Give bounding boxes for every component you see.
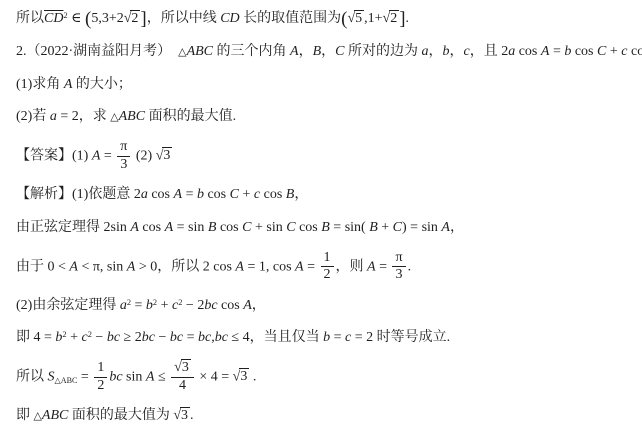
math-variable: S xyxy=(48,369,55,384)
fraction: √34 xyxy=(171,361,194,393)
conclusion-line: 即 △ABC 面积的最大值为 √3. xyxy=(16,406,638,426)
math-text: = xyxy=(100,148,115,163)
text-run: 面积的最大值. xyxy=(145,109,236,124)
math-function: cos xyxy=(148,187,174,202)
area-formula-line: 所以 S△ABC = 12bc sin A ≤ √34 × 4 = √3 . xyxy=(16,361,638,393)
radicand: 3 xyxy=(162,147,172,163)
text-run: 长的取值范围为 xyxy=(240,11,342,26)
radical: √3 xyxy=(174,359,191,375)
math-variable: B xyxy=(321,220,330,235)
text-run: ，且 xyxy=(470,44,502,59)
math-text: . xyxy=(406,11,410,26)
text-run: ， xyxy=(321,44,335,59)
radicand: 5 xyxy=(354,10,364,26)
math-variable: bc xyxy=(142,330,155,345)
math-text: + xyxy=(606,44,621,59)
math-variable: C xyxy=(286,220,295,235)
radicand: 3 xyxy=(239,368,249,384)
math-text: < π, sin xyxy=(78,259,127,274)
math-variable: bc xyxy=(107,330,120,345)
math-text: 4 xyxy=(179,378,186,393)
denominator: 4 xyxy=(171,378,194,394)
text-run: 【解析】 xyxy=(16,187,72,202)
text-run: ，所以中线 xyxy=(147,11,221,26)
math-variable: A xyxy=(235,259,244,274)
triangle-symbol: △ xyxy=(178,46,186,58)
math-text: = xyxy=(304,259,319,274)
text-run: 由于 xyxy=(16,259,48,274)
math-text: 2 xyxy=(324,267,331,282)
text-run: 由正弦定理得 xyxy=(16,220,104,235)
text-run: (1)求角 xyxy=(16,77,64,92)
document-page: 所以CD2 ∈ (5,3+2√2]，所以中线 CD 长的取值范围为(√5,1+√… xyxy=(0,0,642,442)
math-text: ≥ 2 xyxy=(120,330,142,345)
math-function: sin xyxy=(111,220,131,235)
math-text: ) = sin xyxy=(402,220,441,235)
math-text: 2 xyxy=(104,220,111,235)
math-function: cos xyxy=(204,187,230,202)
numerator: √3 xyxy=(171,361,194,378)
denominator: 2 xyxy=(94,378,107,394)
text-run: ， xyxy=(252,298,266,313)
question-part-1-line: (1)求角 A 的大小； xyxy=(16,75,638,95)
triangle-symbol: △ xyxy=(110,111,118,123)
math-variable: bc xyxy=(109,369,122,384)
math-text: = xyxy=(182,187,197,202)
text-run: 所对的边为 xyxy=(344,44,421,59)
math-function: cos xyxy=(260,187,286,202)
math-variable: ABC xyxy=(187,44,213,59)
denominator: 3 xyxy=(392,267,405,283)
math-variable: A xyxy=(367,259,376,274)
math-text: (2) xyxy=(132,148,155,163)
analysis-part-1-line: 【解析】(1)依题意 2a cos A = b cos C + c cos B， xyxy=(16,185,638,205)
math-text: 1 xyxy=(324,250,331,265)
vector-overline: CD xyxy=(44,11,63,26)
math-variable: B xyxy=(369,220,378,235)
math-variable: A xyxy=(165,220,174,235)
math-text: 5,3+2 xyxy=(91,11,123,26)
fraction: π3 xyxy=(392,251,405,283)
radical: √3 xyxy=(156,147,173,163)
math-function: cos xyxy=(627,44,642,59)
answer-line: 【答案】(1) A = π3 (2) √3 xyxy=(16,140,638,172)
radicand: 3 xyxy=(180,407,190,423)
math-variable: A xyxy=(243,298,252,313)
math-text: (1) xyxy=(72,148,92,163)
math-variable: b xyxy=(146,298,153,313)
numerator: 1 xyxy=(94,361,107,378)
math-variable: C xyxy=(393,220,402,235)
math-variable: B xyxy=(313,44,322,59)
text-run: (2)若 xyxy=(16,109,50,124)
radicand: 2 xyxy=(389,10,399,26)
text-run: 2.（2022·湖南益阳月考） xyxy=(16,44,178,59)
radical: √2 xyxy=(124,10,141,26)
math-variable: ABC xyxy=(42,408,68,423)
math-text: . xyxy=(190,408,194,423)
problem-2-statement-line: 2.（2022·湖南益阳月考） △ABC 的三个内角 A，B，C 所对的边为 a… xyxy=(16,42,638,62)
math-function: cos xyxy=(139,220,165,235)
denominator: 3 xyxy=(117,157,130,173)
radicand: 3 xyxy=(181,359,191,375)
fraction: π3 xyxy=(117,140,130,172)
text-run: 【答案】 xyxy=(16,148,72,163)
math-variable: A xyxy=(441,220,450,235)
math-variable: b xyxy=(197,187,204,202)
math-text: (2) xyxy=(16,298,32,313)
math-variable: a xyxy=(141,187,148,202)
fraction: 12 xyxy=(321,251,334,283)
math-variable: a xyxy=(50,109,57,124)
math-text: = xyxy=(173,220,188,235)
math-variable: bc xyxy=(215,330,228,345)
math-text: − xyxy=(92,330,107,345)
math-function: sin xyxy=(123,369,146,384)
math-variable: bc xyxy=(170,330,183,345)
math-variable: A xyxy=(290,44,299,59)
median-range-conclusion-line: 所以CD2 ∈ (5,3+2√2]，所以中线 CD 长的取值范围为(√5,1+√… xyxy=(16,9,638,29)
math-text: = xyxy=(131,298,146,313)
numerator: 1 xyxy=(321,251,334,268)
math-text: (1) xyxy=(72,187,88,202)
math-text: = 1, cos xyxy=(244,259,295,274)
math-text: 3 xyxy=(120,157,127,172)
math-text: ≤ 4 xyxy=(228,330,250,345)
text-run: ， xyxy=(294,187,308,202)
angle-a-solution-line: 由于 0 < A < π, sin A > 0，所以 2 cos A = 1, … xyxy=(16,251,638,283)
math-variable: a xyxy=(120,298,127,313)
math-text: ,1+ xyxy=(364,11,382,26)
radical-sign: √ xyxy=(174,360,181,375)
text-run: ， xyxy=(299,44,313,59)
math-text: ≤ xyxy=(154,369,169,384)
text-run: 即 xyxy=(16,408,34,423)
text-run: 时等号成立. xyxy=(373,330,450,345)
math-variable: A xyxy=(130,220,139,235)
math-variable: ABC xyxy=(119,109,145,124)
question-part-2-line: (2)若 a = 2，求 △ABC 面积的最大值. xyxy=(16,107,638,127)
triangle-symbol: △ xyxy=(34,410,42,422)
math-text: ∈ xyxy=(68,11,85,26)
math-text: − 2 xyxy=(182,298,204,313)
math-text: + xyxy=(67,330,82,345)
text-run: 即 xyxy=(16,330,34,345)
math-text: 3 xyxy=(396,267,403,282)
math-text: > 0 xyxy=(135,259,157,274)
math-text: 2 xyxy=(97,378,104,393)
radicand: 2 xyxy=(130,10,140,26)
denominator: 2 xyxy=(321,267,334,283)
math-variable: A xyxy=(295,259,304,274)
math-text: π xyxy=(120,139,127,154)
fraction: 12 xyxy=(94,361,107,393)
text-run: ， xyxy=(450,220,464,235)
math-text: 2 xyxy=(134,187,141,202)
math-text: + xyxy=(251,220,266,235)
math-text: + xyxy=(239,187,254,202)
text-run: ，求 xyxy=(79,109,111,124)
text-run: ，所以 xyxy=(157,259,203,274)
math-variable: A xyxy=(69,259,78,274)
math-text: 0 < xyxy=(48,259,70,274)
sine-rule-derivation-line: 由正弦定理得 2sin A cos A = sin B cos C + sin … xyxy=(16,218,638,238)
math-text: . xyxy=(249,369,256,384)
math-text: 2 cos xyxy=(203,259,236,274)
text-run: ， xyxy=(428,44,442,59)
text-run: 的大小； xyxy=(72,77,132,92)
math-text: = xyxy=(183,330,198,345)
math-function: cos xyxy=(296,220,322,235)
text-run: 由余弦定理得 xyxy=(32,298,120,313)
text-run: 面积的最大值为 xyxy=(68,408,173,423)
text-run: 的三个内角 xyxy=(213,44,290,59)
math-text: . xyxy=(408,259,412,274)
math-text: π xyxy=(395,250,402,265)
math-function: cos xyxy=(571,44,597,59)
numerator: π xyxy=(392,251,405,268)
math-variable: C xyxy=(230,187,239,202)
math-text: = sin( xyxy=(330,220,369,235)
radical: √5 xyxy=(347,10,364,26)
math-text: 1 xyxy=(97,360,104,375)
math-text: = 2 xyxy=(57,109,79,124)
math-text: = xyxy=(330,330,345,345)
math-text: + xyxy=(157,298,172,313)
math-text: = xyxy=(549,44,564,59)
inequality-line: 即 4 = b2 + c2 − bc ≥ 2bc − bc = bc,bc ≤ … xyxy=(16,328,638,348)
math-text: = xyxy=(376,259,391,274)
text-run: ，当且仅当 xyxy=(250,330,324,345)
radical: √2 xyxy=(383,10,400,26)
radical: √3 xyxy=(173,407,190,423)
math-variable: CD xyxy=(220,11,239,26)
math-variable: A xyxy=(174,187,183,202)
text-run: ，则 xyxy=(336,259,368,274)
math-variable: bc xyxy=(204,298,217,313)
math-text: = 2 xyxy=(351,330,373,345)
math-variable: bc xyxy=(198,330,211,345)
subscript: △ABC xyxy=(55,376,78,385)
math-function: cos xyxy=(515,44,541,59)
math-function: cos xyxy=(218,298,244,313)
math-text: × 4 = xyxy=(196,369,233,384)
text-run: 所以 xyxy=(16,11,44,26)
math-text: 4 = xyxy=(34,330,56,345)
math-function: sin xyxy=(188,220,208,235)
math-variable: C xyxy=(597,44,606,59)
math-function: sin xyxy=(266,220,286,235)
text-run: 依题意 xyxy=(88,187,134,202)
text-run: 所以 xyxy=(16,369,48,384)
math-function: cos xyxy=(216,220,242,235)
cosine-rule-line: (2)由余弦定理得 a2 = b2 + c2 − 2bc cos A， xyxy=(16,296,638,316)
text-run: ， xyxy=(449,44,463,59)
math-text: − xyxy=(155,330,170,345)
radical: √3 xyxy=(233,368,250,384)
math-text: + xyxy=(378,220,393,235)
math-text: = xyxy=(77,369,92,384)
numerator: π xyxy=(117,140,130,157)
